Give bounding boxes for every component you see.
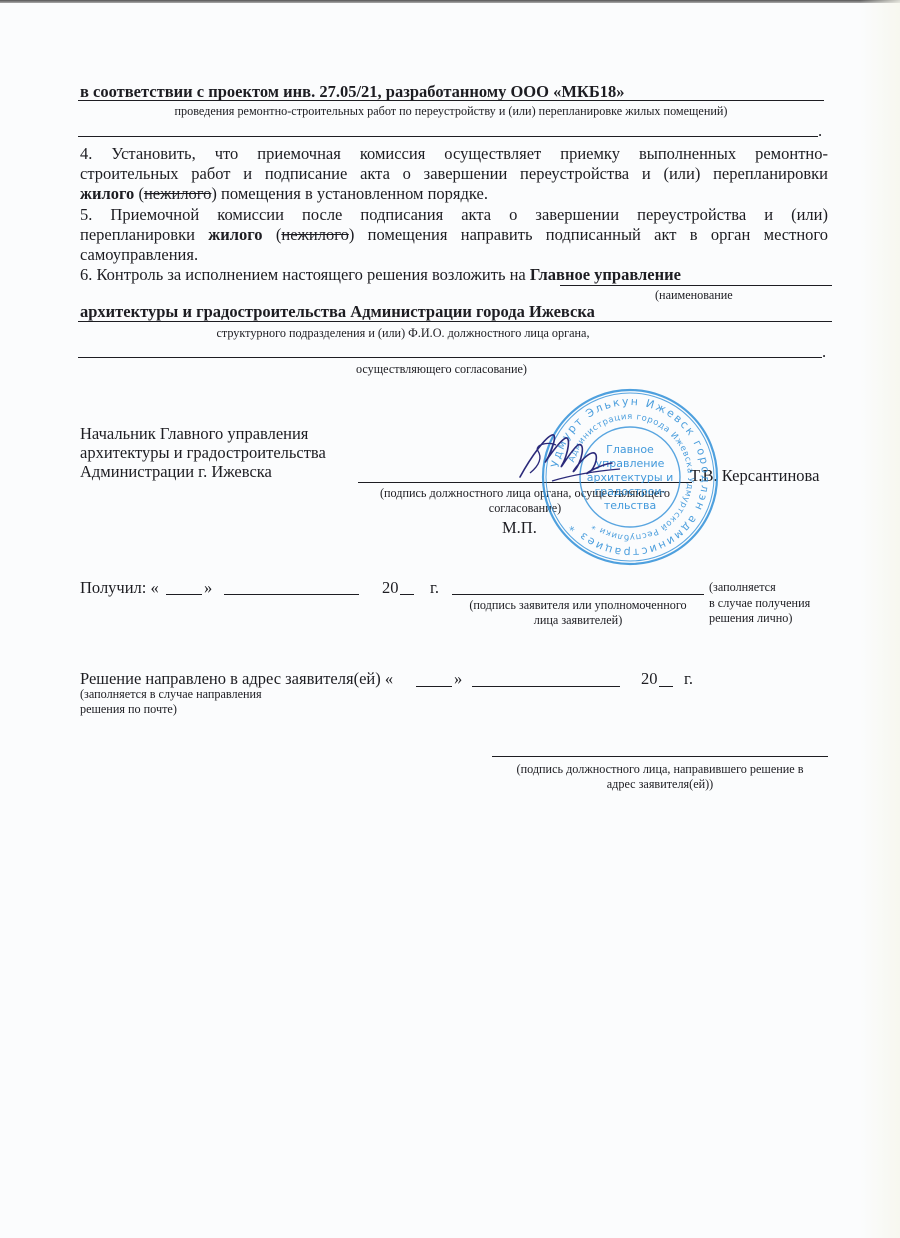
signatory-position-line-3: Администрации г. Ижевска <box>80 462 272 482</box>
received-label-text: Получил: « <box>80 578 159 597</box>
line-period: . <box>822 342 826 362</box>
sent-label: Решение направлено в адрес заявителя(ей)… <box>80 669 393 689</box>
svg-text:тельства: тельства <box>604 499 656 512</box>
item-5-post: помещения направить подписанный акт в ор… <box>368 225 828 244</box>
item-5-line-3: самоуправления. <box>80 245 828 265</box>
sent-note-2: решения по почте) <box>80 702 177 717</box>
applicant-signature-caption-1: (подпись заявителя или уполномоченного <box>452 598 704 613</box>
signatory-position-line-1: Начальник Главного управления <box>80 424 308 444</box>
received-label: Получил: « <box>80 578 159 598</box>
item-5-line-2: перепланировки жилого (нежилого) помещен… <box>80 225 828 245</box>
blank-line <box>78 357 822 358</box>
sent-month-field[interactable] <box>472 686 620 687</box>
struck-word: нежилого <box>281 225 348 244</box>
item-6-filled-1: Главное управление <box>530 265 681 284</box>
item-6-text: 6. Контроль за исполнением настоящего ре… <box>80 265 681 285</box>
bold-word: жилого <box>80 184 134 203</box>
seal-mark: М.П. <box>502 518 537 538</box>
bold-word: жилого <box>208 225 262 244</box>
received-note-1: (заполняется <box>709 580 776 595</box>
day-field[interactable] <box>166 594 202 595</box>
applicant-signature-caption-2: лица заявителей) <box>452 613 704 628</box>
item-6-filled-2: архитектуры и градостроительства Админис… <box>80 302 595 322</box>
official-signature-line[interactable] <box>492 756 828 757</box>
official-signature-caption-1: (подпись должностного лица, направившего… <box>492 762 828 777</box>
blank-line <box>78 136 818 137</box>
line-period: . <box>818 121 822 141</box>
item-4-line-2: строительных работ и подписание акта о з… <box>80 164 828 184</box>
sent-note-1: (заполняется в случае направления <box>80 687 262 702</box>
received-note-3: решения лично) <box>709 611 792 626</box>
item-6-label: 6. Контроль за исполнением настоящего ре… <box>80 265 526 284</box>
close-quote: » <box>204 578 212 598</box>
year-prefix: 20 <box>382 578 399 598</box>
underline <box>78 321 832 322</box>
scan-top-edge <box>0 0 900 3</box>
struck-word: нежилого <box>144 184 211 203</box>
item-4-line-1: 4. Установить, что приемочная комиссия о… <box>80 144 828 164</box>
header-filled-line: в соответствии с проектом инв. 27.05/21,… <box>80 82 840 102</box>
item-4-rest: помещения в установленном порядке. <box>221 184 488 203</box>
header-caption: проведения ремонтно-строительных работ п… <box>78 104 824 119</box>
official-signature-caption-2: адрес заявителя(ей)) <box>492 777 828 792</box>
handwritten-signature-icon <box>512 415 622 495</box>
applicant-signature-line[interactable] <box>452 594 704 595</box>
item-6-caption-1: (наименование <box>655 288 733 303</box>
item-5-line-1: 5. Приемочной комиссии после подписания … <box>80 205 828 225</box>
item-6-caption-2: структурного подразделения и (или) Ф.И.О… <box>78 326 728 341</box>
sent-year-prefix: 20 <box>641 669 658 689</box>
item-4-line-3: жилого (нежилого) помещения в установлен… <box>80 184 828 204</box>
underline <box>560 285 832 286</box>
sent-year-suffix: г. <box>684 669 693 689</box>
received-note-2: в случае получения <box>709 596 810 611</box>
year-field[interactable] <box>400 594 414 595</box>
scan-right-edge <box>860 0 900 1238</box>
month-field[interactable] <box>224 594 359 595</box>
underline <box>78 100 824 101</box>
signatory-position-line-2: архитектуры и градостроительства <box>80 443 326 463</box>
item-6-caption-3: осуществляющего согласование) <box>356 362 527 377</box>
sent-year-field[interactable] <box>659 686 673 687</box>
close-quote: » <box>454 669 462 689</box>
item-5-pre: перепланировки <box>80 225 195 244</box>
year-suffix: г. <box>430 578 439 598</box>
sent-day-field[interactable] <box>416 686 452 687</box>
